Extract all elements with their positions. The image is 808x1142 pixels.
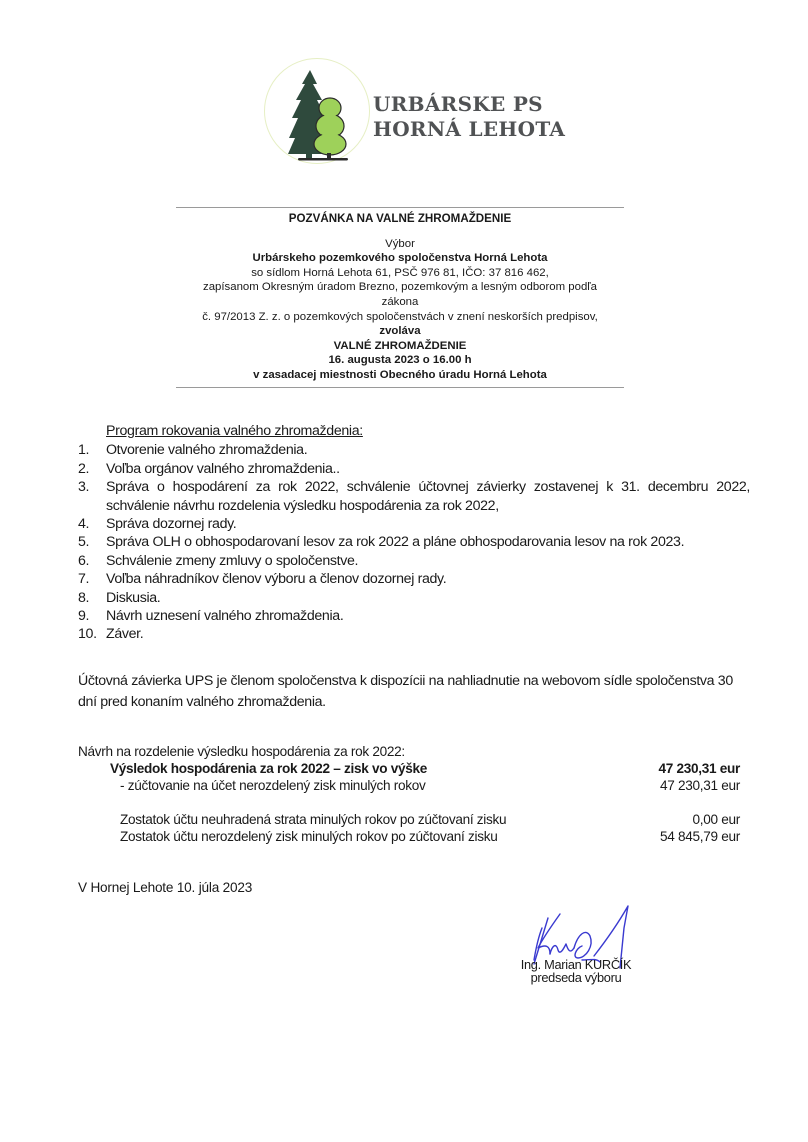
agenda-item-text: Schválenie zmeny zmluvy o spoločenstve.	[106, 552, 750, 570]
place-and-date: V Hornej Lehote 10. júla 2023	[78, 880, 252, 895]
agenda-item: 5.Správa OLH o obhospodarovaní lesov za …	[78, 533, 750, 551]
header-bottom-rule	[176, 387, 624, 388]
document-title: POZVÁNKA NA VALNÉ ZHROMAŽDENIE	[176, 212, 624, 227]
logo-emblem	[264, 58, 372, 166]
agenda-item-number: 6.	[78, 552, 106, 570]
agenda-item: 1.Otvorenie valného zhromaždenia.	[78, 441, 750, 459]
agenda-item-number: 8.	[78, 589, 106, 607]
convenes-label: zvoláva	[176, 324, 624, 339]
organization-address: so sídlom Horná Lehota 61, PSČ 976 81, I…	[176, 266, 624, 281]
agenda-item-text: Návrh uznesení valného zhromaždenia.	[106, 607, 750, 625]
agenda-item-text: Voľba orgánov valného zhromaždenia..	[106, 460, 750, 478]
law-reference: č. 97/2013 Z. z. o pozemkových spoločens…	[176, 310, 624, 325]
agenda-item-number: 7.	[78, 570, 106, 588]
finance-label: Zostatok účtu nerozdelený zisk minulých …	[120, 828, 497, 845]
agenda-item: 9.Návrh uznesení valného zhromaždenia.	[78, 607, 750, 625]
financial-statement-note: Účtovná závierka UPS je členom spoločens…	[78, 671, 750, 713]
agenda-section: Program rokovania valného zhromaždenia: …	[78, 422, 750, 644]
agenda-item: 4.Správa dozornej rady.	[78, 515, 750, 533]
signatory-block: Ing. Marian KURČÍK predseda výboru	[506, 958, 646, 984]
meeting-datetime: 16. augusta 2023 o 16.00 h	[176, 353, 624, 368]
agenda-item: 2.Voľba orgánov valného zhromaždenia..	[78, 460, 750, 478]
agenda-item-number: 10.	[78, 625, 106, 643]
finance-value: 47 230,31 eur	[660, 777, 740, 794]
finance-value: 54 845,79 eur	[660, 828, 740, 845]
invitation-header: POZVÁNKA NA VALNÉ ZHROMAŽDENIE Výbor Urb…	[176, 212, 624, 383]
organization-name: Urbárskeho pozemkového spoločenstva Horn…	[176, 251, 624, 266]
committee-label: Výbor	[176, 237, 624, 252]
agenda-item-text: Voľba náhradníkov členov výboru a členov…	[106, 570, 750, 588]
agenda-item-number: 2.	[78, 460, 106, 478]
agenda-item-text: Správa dozornej rady.	[106, 515, 750, 533]
finance-row-profit: Výsledok hospodárenia za rok 2022 – zisk…	[78, 760, 740, 777]
agenda-item-number: 9.	[78, 607, 106, 625]
finance-value: 0,00 eur	[693, 811, 740, 828]
agenda-item-text: Správa OLH o obhospodarovaní lesov za ro…	[106, 533, 750, 551]
logo-line-1: URBÁRSKE PS	[373, 92, 565, 117]
agenda-item-text: Diskusia.	[106, 589, 750, 607]
signatory-role: predseda výboru	[506, 971, 646, 984]
agenda-item-number: 5.	[78, 533, 106, 551]
agenda-item: 10.Záver.	[78, 625, 750, 643]
finance-label: Výsledok hospodárenia za rok 2022 – zisk…	[110, 760, 427, 777]
registration-line-2: zákona	[176, 295, 624, 310]
tree-logo-icon	[264, 58, 372, 166]
finance-row-allocation: - zúčtovanie na účet nerozdelený zisk mi…	[78, 777, 740, 794]
finance-row-profit-balance: Zostatok účtu nerozdelený zisk minulých …	[78, 828, 740, 845]
agenda-item: 8.Diskusia.	[78, 589, 750, 607]
agenda-item-text: Otvorenie valného zhromaždenia.	[106, 441, 750, 459]
logo-line-2: HORNÁ LEHOTA	[373, 117, 565, 142]
finance-row-loss-balance: Zostatok účtu neuhradená strata minulých…	[78, 811, 740, 828]
agenda-item-text: Správa o hospodárení za rok 2022, schvál…	[106, 478, 750, 515]
agenda-item: 6.Schválenie zmeny zmluvy o spoločenstve…	[78, 552, 750, 570]
profit-distribution-section: Návrh na rozdelenie výsledku hospodáreni…	[78, 743, 740, 845]
finance-label: - zúčtovanie na účet nerozdelený zisk mi…	[120, 777, 426, 794]
agenda-item: 7.Voľba náhradníkov členov výboru a člen…	[78, 570, 750, 588]
organization-logo-text: URBÁRSKE PS HORNÁ LEHOTA	[373, 92, 565, 142]
agenda-item: 3.Správa o hospodárení za rok 2022, schv…	[78, 478, 750, 515]
finance-value: 47 230,31 eur	[658, 760, 740, 777]
agenda-item-number: 3.	[78, 478, 106, 515]
agenda-list: 1.Otvorenie valného zhromaždenia.2.Voľba…	[78, 441, 750, 643]
meeting-name: VALNÉ ZHROMAŽDENIE	[176, 339, 624, 354]
agenda-heading: Program rokovania valného zhromaždenia:	[106, 422, 750, 440]
finance-label: Zostatok účtu neuhradená strata minulých…	[120, 811, 506, 828]
registration-line-1: zapísanom Okresným úradom Brezno, pozemk…	[176, 280, 624, 295]
agenda-item-number: 1.	[78, 441, 106, 459]
agenda-item-text: Záver.	[106, 625, 750, 643]
meeting-venue: v zasadacej miestnosti Obecného úradu Ho…	[176, 368, 624, 383]
agenda-item-number: 4.	[78, 515, 106, 533]
header-top-rule	[176, 207, 624, 208]
profit-distribution-intro: Návrh na rozdelenie výsledku hospodáreni…	[78, 743, 740, 760]
